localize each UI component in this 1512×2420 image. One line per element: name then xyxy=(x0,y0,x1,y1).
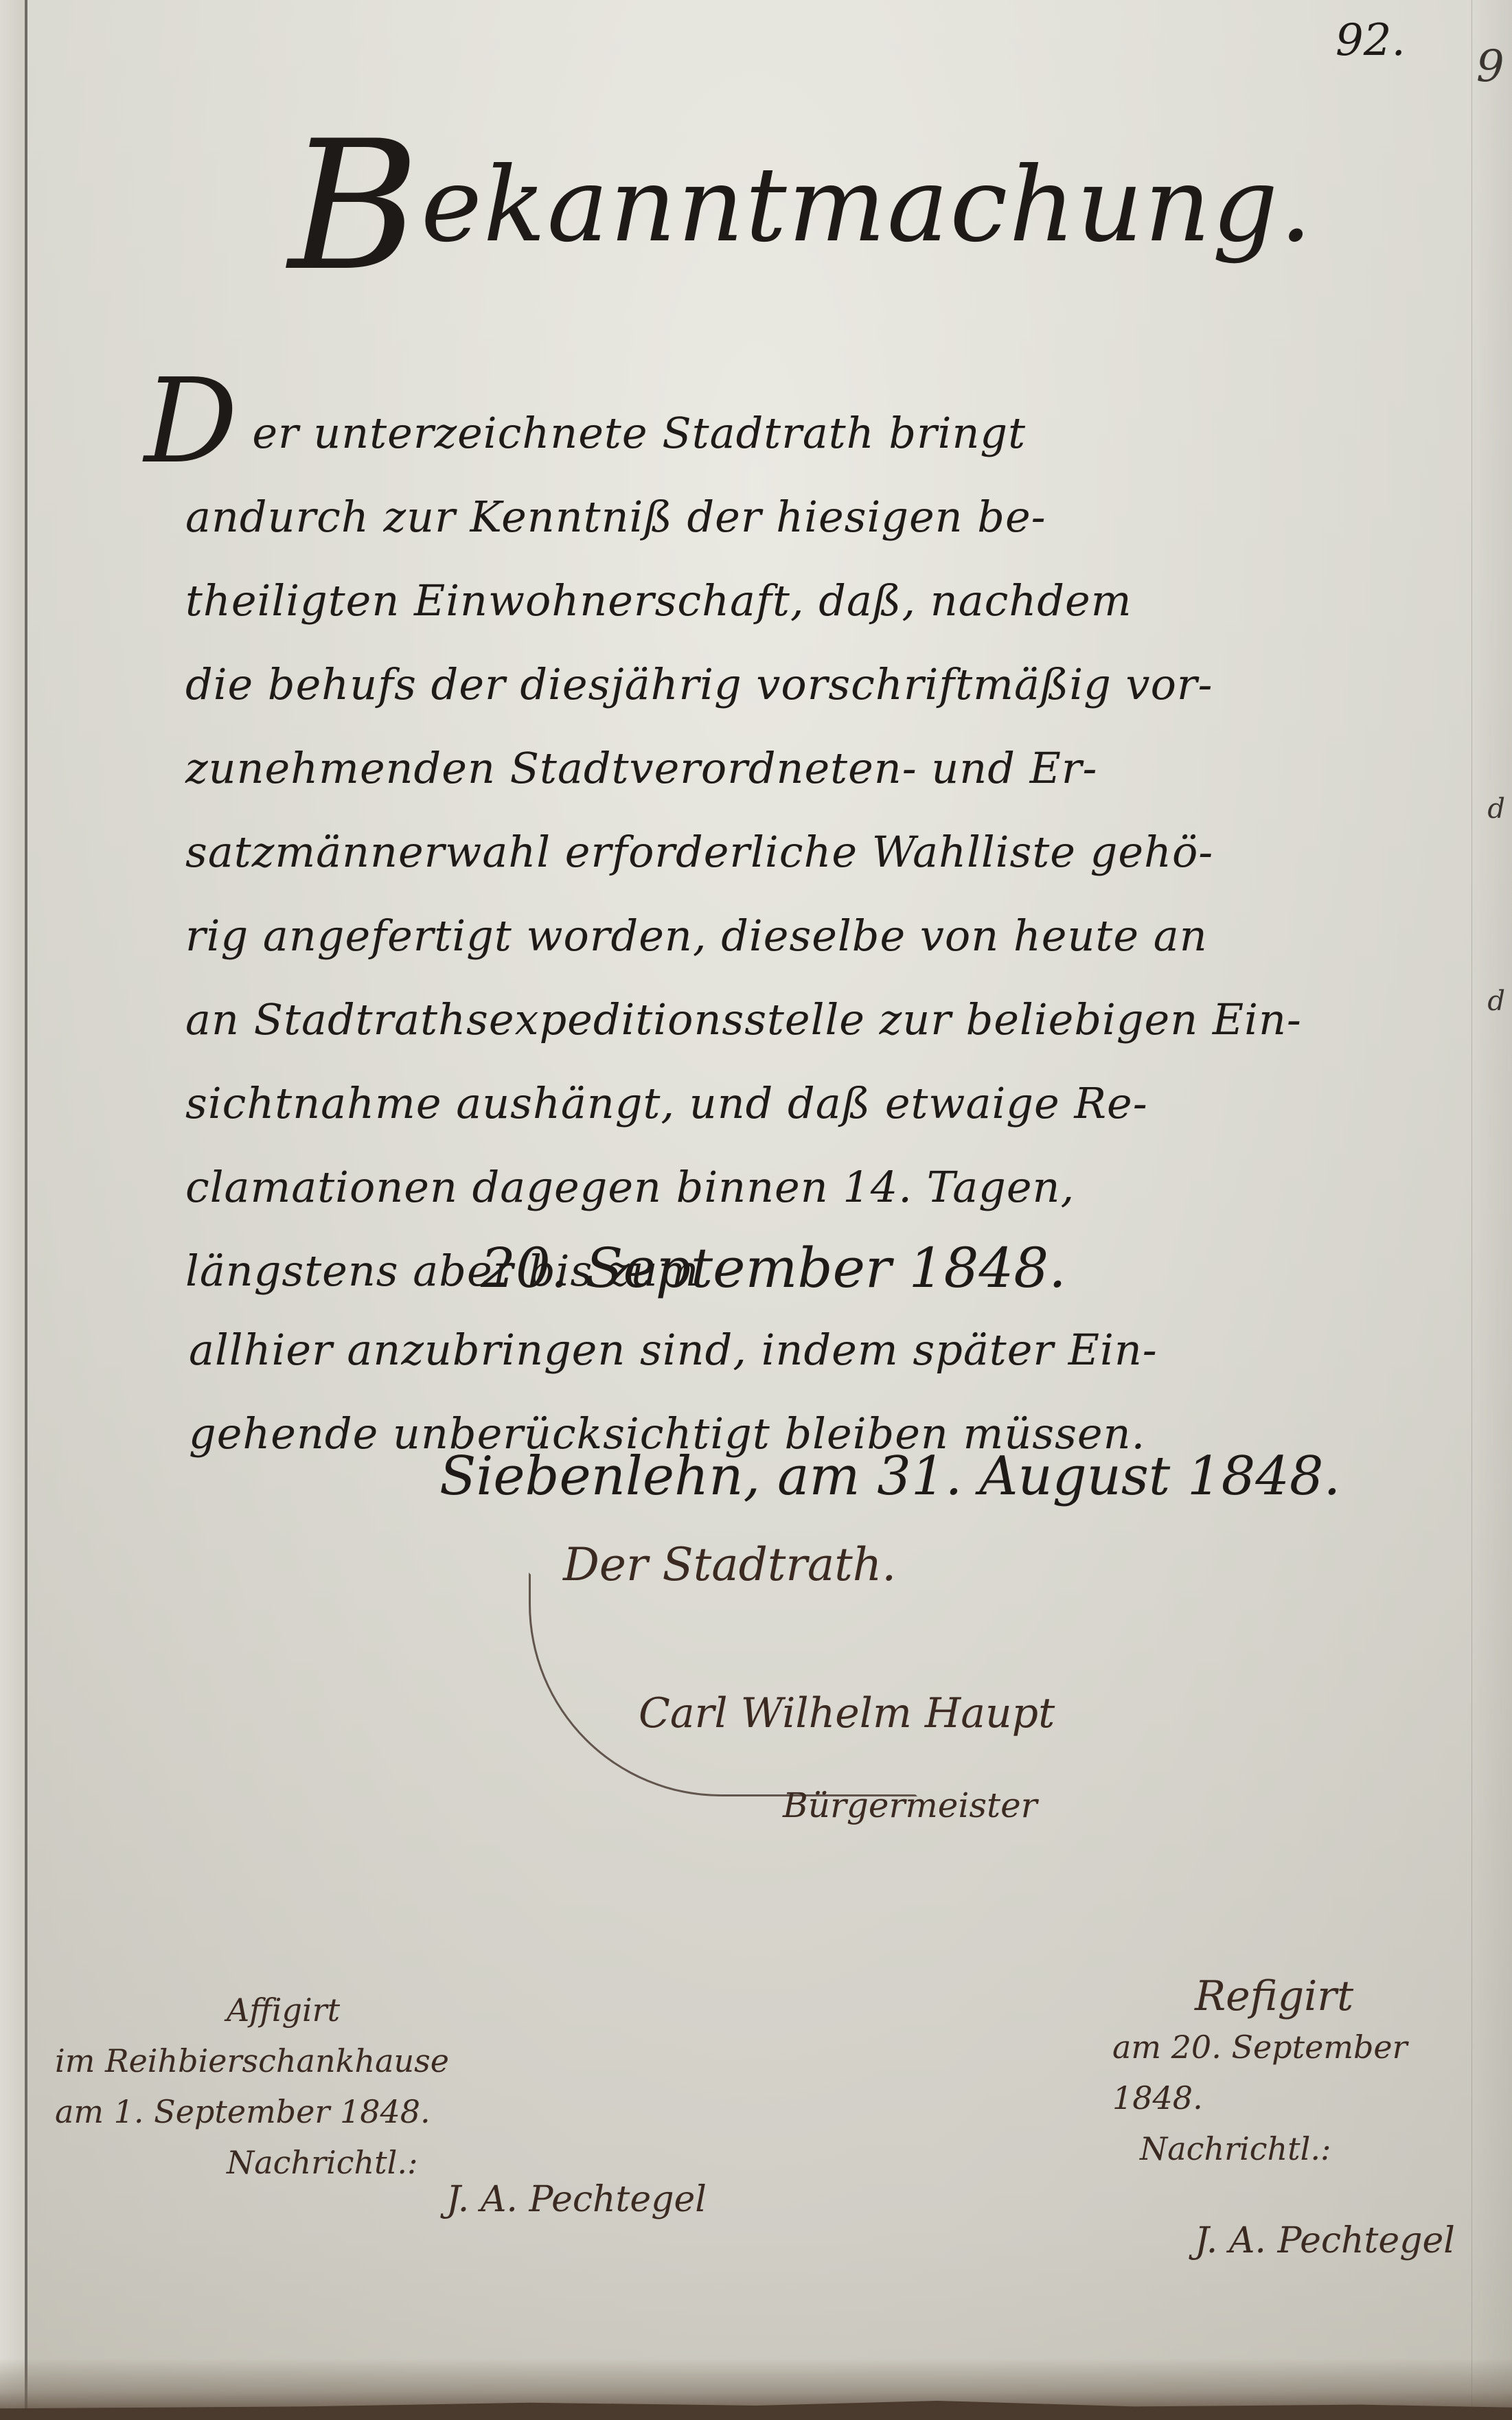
body-line: an Stadtrathsexpeditionsstelle zur belie… xyxy=(185,978,1421,1062)
note-line: 1848. xyxy=(1112,2073,1455,2123)
page-number: 92. xyxy=(1336,15,1406,66)
notice-body: Der unterzeichnete Stadtrath bringt andu… xyxy=(185,391,1421,1313)
note-line: Refigirt xyxy=(1195,1971,1455,2022)
note-line: Nachrichtl.: xyxy=(1140,2123,1455,2174)
next-page-number-fragment: 9 xyxy=(1476,41,1504,92)
posting-note-left: Affigirt im Reihbierschankhause am 1. Se… xyxy=(21,1985,707,2225)
note-signature: J. A. Pechtegel xyxy=(446,2174,707,2225)
document-page: d d 92. 9 Bekanntmachung. Der unterzeich… xyxy=(0,0,1512,2420)
removal-note-right: Refigirt am 20. September 1848. Nachrich… xyxy=(1112,1971,1455,2266)
margin-fragment: d xyxy=(1487,793,1505,825)
deadline-date: 20. September 1848. xyxy=(481,1236,1066,1300)
body-line: andurch zur Kenntniß der hiesigen be- xyxy=(185,475,1421,559)
body-line: die behufs der diesjährig vorschriftmäßi… xyxy=(185,643,1421,727)
signature-name: Carl Wilhelm Haupt xyxy=(639,1689,1055,1737)
body-line: Der unterzeichnete Stadtrath bringt xyxy=(185,391,1421,475)
body-line: allhier anzubringen sind, indem später E… xyxy=(189,1308,1425,1392)
document-title: Bekanntmachung. xyxy=(288,76,1314,283)
body-line: rig angefertigt worden, dieselbe von heu… xyxy=(185,894,1421,978)
body-line: sichtnahme aushängt, und daß etwaige Re- xyxy=(185,1062,1421,1145)
margin-fragment: d xyxy=(1487,985,1505,1017)
body-line: satzmännerwahl erforderliche Wahlliste g… xyxy=(185,810,1421,894)
signature-flourish xyxy=(529,1573,917,1796)
note-line: im Reihbierschankhause xyxy=(55,2035,707,2086)
signature-title: Bürgermeister xyxy=(783,1785,1038,1825)
note-signature: J. A. Pechtegel xyxy=(1195,2215,1455,2266)
body-line: zunehmenden Stadtverordneten- und Er- xyxy=(185,727,1421,810)
title-rest: ekanntmachung. xyxy=(421,146,1314,265)
note-line: Affigirt xyxy=(227,1985,707,2035)
title-initial: B xyxy=(288,103,421,310)
note-line: am 20. September xyxy=(1112,2022,1455,2073)
right-margin-fragments: d d xyxy=(1480,0,1508,2420)
body-line: theiligten Einwohnerschaft, daß, nachdem xyxy=(185,559,1421,643)
place-and-date: Siebenlehn, am 31. August 1848. xyxy=(439,1446,1340,1507)
note-line: am 1. September 1848. xyxy=(55,2086,707,2137)
body-line: clamationen dagegen binnen 14. Tagen, xyxy=(185,1145,1421,1229)
